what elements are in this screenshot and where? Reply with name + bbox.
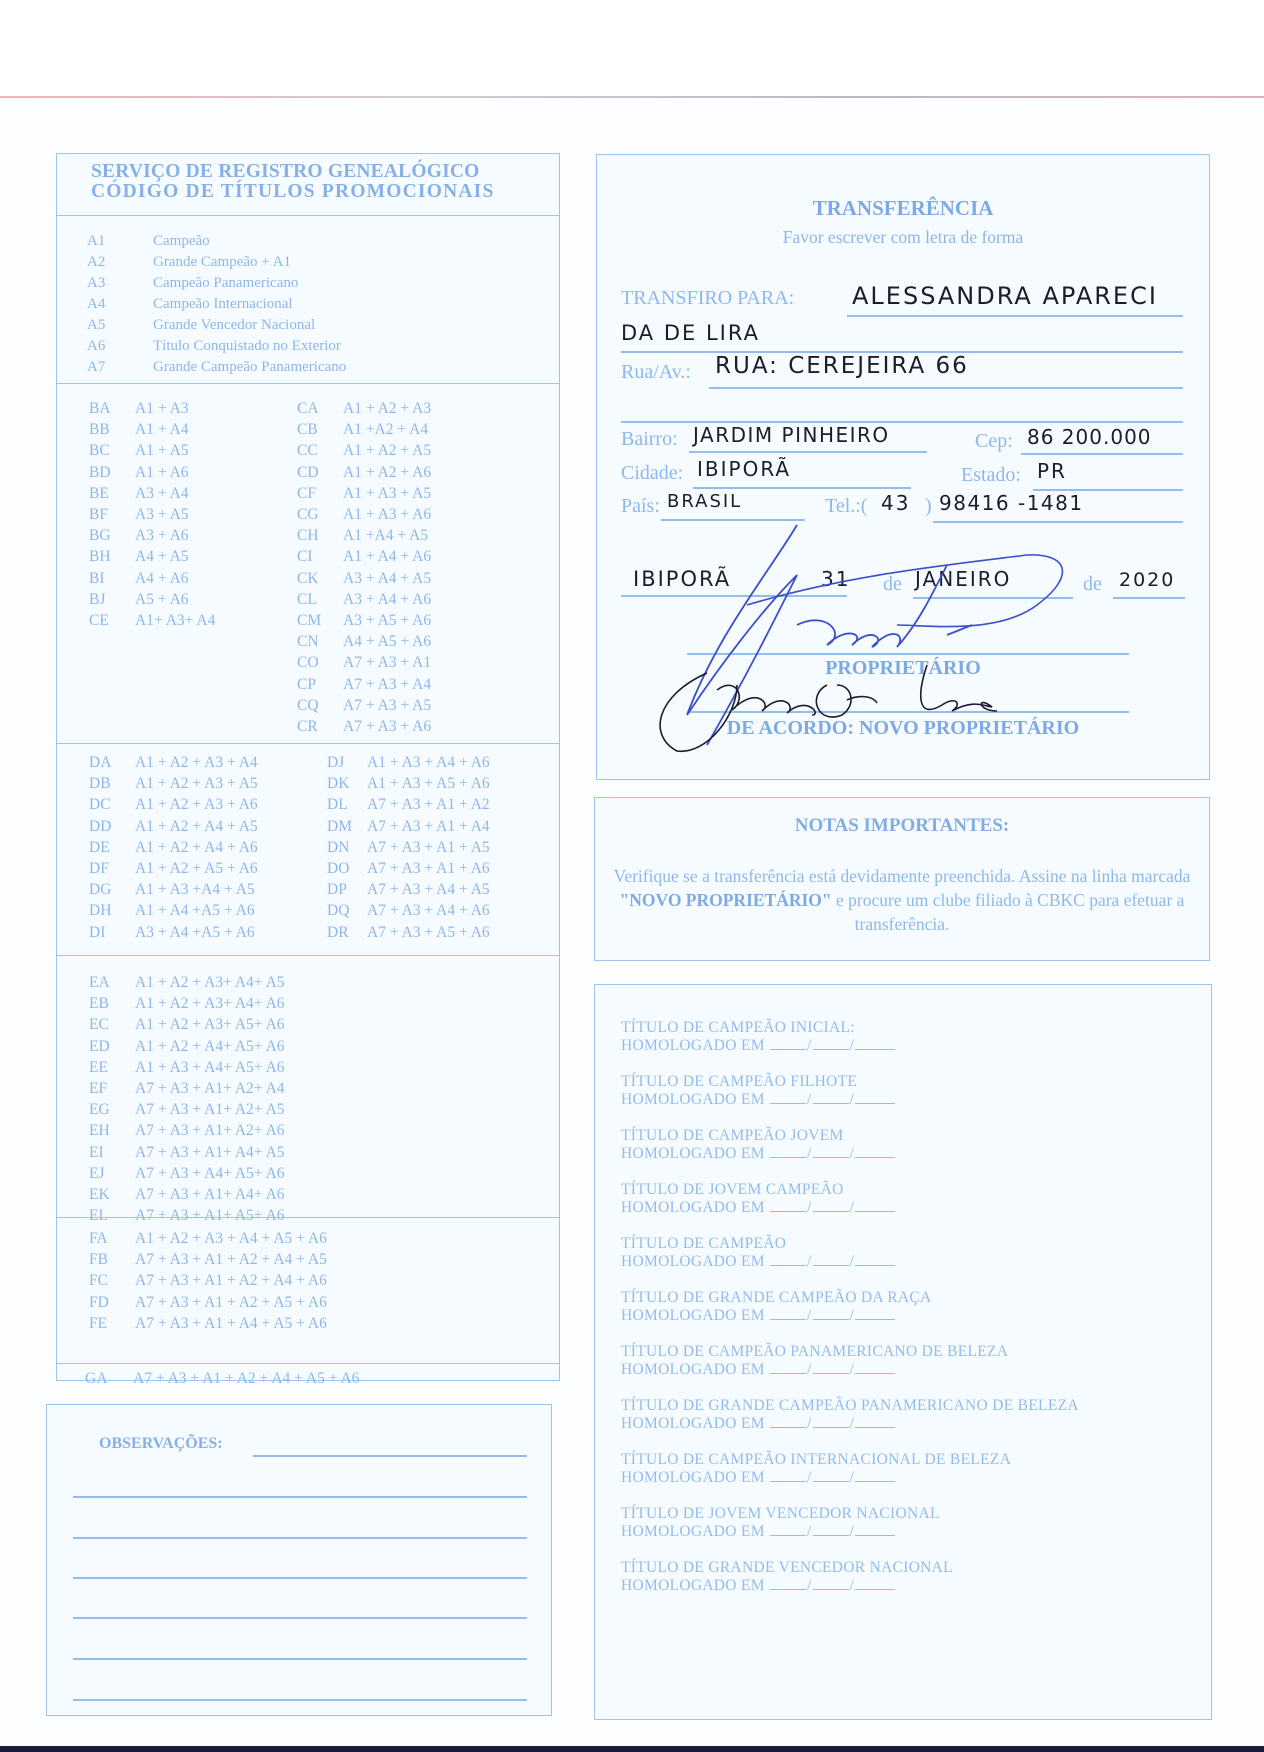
code-row: BDA1 + A6 [89,462,297,483]
code-key: FB [89,1249,135,1270]
observations-line[interactable] [253,1455,527,1457]
code-key: CI [297,546,343,567]
code-row: BHA4 + A5 [89,546,297,567]
code-combo: A1 + A2 + A4+ A5+ A6 [135,1036,285,1057]
codes-section-d: DAA1 + A2 + A3 + A4DBA1 + A2 + A3 + A5DC… [57,744,559,956]
code-combo: A1 + A2 + A4 + A5 [135,816,258,837]
code-row: DBA1 + A2 + A3 + A5 [89,773,327,794]
new-owner-signature-line[interactable] [687,711,1129,713]
code-key: A1 [87,231,153,252]
code-combo: A7 + A3 + A5 + A6 [367,922,490,943]
base-code-row: A6Título Conquistado no Exterior [87,336,559,357]
homologado-label: HOMOLOGADO EM [621,1199,765,1216]
code-key: ED [89,1036,135,1057]
code-key: FE [89,1313,135,1334]
code-key: DC [89,794,135,815]
code-row: DQA7 + A3 + A4 + A6 [327,900,490,921]
notes-text-2: e procure um clube filiado à CBKC para e… [832,890,1185,934]
code-key: BB [89,419,135,440]
month-field[interactable]: JANEIRO [915,567,1011,591]
homologado-label: HOMOLOGADO EM [621,1523,765,1540]
code-row: CLA3 + A4 + A6 [297,589,431,610]
month-underline [913,597,1073,599]
code-combo: Grande Campeão + A1 [153,252,291,273]
code-combo: Campeão Internacional [153,294,293,315]
homologation-date-field[interactable]: // [769,1523,896,1541]
code-key: DK [327,773,367,794]
code-row: EDA1 + A2 + A4+ A5+ A6 [89,1036,285,1057]
code-row: EBA1 + A2 + A3+ A4+ A6 [89,993,285,1014]
code-key: CO [297,652,343,673]
transfer-subtitle: Favor escrever com letra de forma [597,227,1209,248]
transfer-to-label: TRANSFIRO PARA: [621,287,794,310]
notes-text-bold: "NOVO PROPRIETÁRIO" [620,890,832,910]
code-combo: A1 + A3 + A5 [343,483,431,504]
observations-line[interactable] [73,1699,527,1701]
code-row: EAA1 + A2 + A3+ A4+ A5 [89,972,285,993]
code-key: DB [89,773,135,794]
code-row: CGA1 + A3 + A6 [297,504,431,525]
street-underline [709,387,1183,389]
code-key: CA [297,398,343,419]
state-label: Estado: [961,464,1021,487]
phone-area-field[interactable]: 43 [881,491,910,515]
title-name: TÍTULO DE CAMPEÃO PANAMERICANO DE BELEZA [621,1343,1008,1361]
code-combo: A1 + A3 + A4+ A5+ A6 [135,1057,285,1078]
handwritten-signatures [597,155,1211,781]
code-row: DRA7 + A3 + A5 + A6 [327,922,490,943]
homologado-label: HOMOLOGADO EM [621,1307,765,1324]
notes-body: Verifique se a transferência está devida… [605,864,1199,936]
homologation-row: HOMOLOGADO EM // [621,1253,896,1271]
code-row: EJA7 + A3 + A4+ A5+ A6 [89,1163,285,1184]
title-name: TÍTULO DE CAMPEÃO [621,1235,896,1253]
code-key: A3 [87,273,153,294]
code-row: CRA7 + A3 + A6 [297,716,431,737]
phone-field[interactable]: 98416 -1481 [939,491,1084,515]
code-key: EH [89,1120,135,1141]
code-row: BGA3 + A6 [89,525,297,546]
code-key: CD [297,462,343,483]
code-combo: A1 + A2 + A6 [343,462,431,483]
title-name: TÍTULO DE GRANDE CAMPEÃO PANAMERICANO DE… [621,1397,1079,1415]
code-combo: A1+ A3+ A4 [135,610,215,631]
code-row: EFA7 + A3 + A1+ A2+ A4 [89,1078,285,1099]
city-label: Cidade: [621,462,683,485]
code-combo: A7 + A3 + A1 + A6 [367,858,490,879]
code-key: EG [89,1099,135,1120]
code-combo: A3 + A4 [135,483,189,504]
code-combo: A4 + A5 [135,546,189,567]
code-key: GA [85,1370,133,1398]
code-row: FEA7 + A3 + A1 + A4 + A5 + A6 [89,1313,327,1334]
code-row: CIA1 + A4 + A6 [297,546,431,567]
homologado-label: HOMOLOGADO EM [621,1469,765,1486]
transfer-to-field[interactable]: ALESSANDRA APARECI [852,282,1158,310]
title-name: TÍTULO DE CAMPEÃO INTERNACIONAL DE BELEZ… [621,1451,1011,1469]
code-key: DL [327,794,367,815]
code-combo: A1 + A2 + A3 + A4 + A5 + A6 [135,1228,327,1249]
code-key: DJ [327,752,367,773]
place-field[interactable]: IBIPORÃ [633,567,731,591]
code-row: CCA1 + A2 + A5 [297,440,431,461]
codes-section-bc: BAA1 + A3BBA1 + A4BCA1 + A5BDA1 + A6BEA3… [57,384,559,744]
code-combo: A7 + A3 + A4 [343,674,431,695]
code-key: CC [297,440,343,461]
code-row: CBA1 +A2 + A4 [297,419,431,440]
year-underline [1113,597,1185,599]
code-key: CR [297,716,343,737]
code-key: FC [89,1270,135,1291]
homologation-row: HOMOLOGADO EM // [621,1199,896,1217]
code-key: EK [89,1184,135,1205]
code-row: DKA1 + A3 + A5 + A6 [327,773,490,794]
code-combo: A1 + A4 + A6 [343,546,431,567]
code-row: FAA1 + A2 + A3 + A4 + A5 + A6 [89,1228,327,1249]
phone-underline [933,521,1183,523]
title-entry: TÍTULO DE GRANDE CAMPEÃO PANAMERICANO DE… [621,1397,1079,1433]
homologation-row: HOMOLOGADO EM // [621,1145,896,1163]
observations-line[interactable] [73,1617,527,1619]
code-row: EEA1 + A3 + A4+ A5+ A6 [89,1057,285,1078]
homologation-row: HOMOLOGADO EM // [621,1037,896,1055]
base-code-row: A4Campeão Internacional [87,294,559,315]
code-row: EIA7 + A3 + A1+ A4+ A5 [89,1142,285,1163]
code-row: BFA3 + A5 [89,504,297,525]
code-key: CN [297,631,343,652]
code-key: BD [89,462,135,483]
base-code-row: A7Grande Campeão Panamericano [87,357,559,378]
code-key: DQ [327,900,367,921]
code-combo: A4 + A5 + A6 [343,631,431,652]
code-key: FA [89,1228,135,1249]
code-row: DGA1 + A3 +A4 + A5 [89,879,327,900]
code-key: CB [297,419,343,440]
homologation-date-field[interactable]: // [769,1469,896,1487]
city-underline [693,487,911,489]
code-combo: A7 + A3 + A1 + A5 [367,837,490,858]
code-key: DR [327,922,367,943]
code-key: BF [89,504,135,525]
championship-titles-box: TÍTULO DE CAMPEÃO INICIAL:HOMOLOGADO EM … [594,984,1212,1720]
code-combo: A1 + A6 [135,462,189,483]
code-combo: A1 + A2 + A5 [343,440,431,461]
code-key: CH [297,525,343,546]
code-combo: A3 + A5 + A6 [343,610,431,631]
code-combo: A7 + A3 + A1 + A2 [367,794,490,815]
phone-label: Tel.:( [825,495,867,518]
base-code-row: A1Campeão [87,231,559,252]
homologado-label: HOMOLOGADO EM [621,1253,765,1270]
cep-label: Cep: [975,430,1013,453]
code-combo: A5 + A6 [135,589,189,610]
code-key: DP [327,879,367,900]
title-entry: TÍTULO DE CAMPEÃO FILHOTEHOMOLOGADO EM /… [621,1073,896,1109]
code-combo: A3 + A4 +A5 + A6 [135,922,255,943]
code-key: DD [89,816,135,837]
state-field[interactable]: PR [1037,459,1067,483]
country-field[interactable]: BRASIL [667,491,742,512]
cep-underline [1021,453,1183,455]
code-combo: A7 + A3 + A1+ A4+ A6 [135,1184,285,1205]
code-row: CQA7 + A3 + A5 [297,695,431,716]
transfer-to-underline [847,315,1183,317]
scan-edge-bottom [0,1746,1264,1752]
code-row: DCA1 + A2 + A3 + A6 [89,794,327,815]
code-key: A4 [87,294,153,315]
homologado-label: HOMOLOGADO EM [621,1577,765,1594]
code-combo: A7 + A3 + A1 + A2 + A5 + A6 [135,1292,327,1313]
observations-line[interactable] [73,1496,527,1498]
code-key: BE [89,483,135,504]
codes-section-g: GA A7 + A3 + A1 + A2 + A4 + A5 + A6 [57,1364,559,1398]
district-field[interactable]: JARDIM PINHEIRO [693,423,890,447]
homologado-label: HOMOLOGADO EM [621,1361,765,1378]
code-combo: Grande Campeão Panamericano [153,357,346,378]
code-row: CNA4 + A5 + A6 [297,631,431,652]
homologation-date-field[interactable]: // [769,1091,896,1109]
code-key: BA [89,398,135,419]
codes-section-f: FAA1 + A2 + A3 + A4 + A5 + A6FBA7 + A3 +… [57,1218,559,1364]
title-name: TÍTULO DE GRANDE VENCEDOR NACIONAL [621,1559,953,1577]
code-combo: A3 + A5 [135,504,189,525]
code-row: DLA7 + A3 + A1 + A2 [327,794,490,815]
homologation-date-field[interactable]: // [769,1307,896,1325]
code-combo: A7 + A3 + A1+ A2+ A6 [135,1120,285,1141]
homologation-date-field[interactable]: // [769,1415,896,1433]
code-key: EF [89,1078,135,1099]
code-row: FDA7 + A3 + A1 + A2 + A5 + A6 [89,1292,327,1313]
homologation-date-field[interactable]: // [769,1037,896,1055]
code-key: BI [89,568,135,589]
new-owner-label: DE ACORDO: NOVO PROPRIETÁRIO [597,717,1209,740]
title-name: TÍTULO DE GRANDE CAMPEÃO DA RAÇA [621,1289,932,1307]
homologado-label: HOMOLOGADO EM [621,1037,765,1054]
transfer-form: TRANSFERÊNCIA Favor escrever com letra d… [596,154,1210,780]
title-name: TÍTULO DE CAMPEÃO FILHOTE [621,1073,896,1091]
year-field[interactable]: 2020 [1119,569,1175,591]
code-row: BJA5 + A6 [89,589,297,610]
code-combo: A1 + A3 + A4 + A6 [367,752,490,773]
date-de-label-1: de [883,573,902,596]
code-combo: A1 + A2 + A3+ A5+ A6 [135,1014,285,1035]
code-row: DIA3 + A4 +A5 + A6 [89,922,327,943]
title-entry: TÍTULO DE GRANDE CAMPEÃO DA RAÇAHOMOLOGA… [621,1289,932,1325]
base-code-row: A3Campeão Panamericano [87,273,559,294]
code-combo: A3 + A4 + A5 [343,568,431,589]
code-combo: A1 + A2 + A3 [343,398,431,419]
code-key: A6 [87,336,153,357]
transfer-title: TRANSFERÊNCIA [597,196,1209,221]
code-key: DH [89,900,135,921]
code-combo: A7 + A3 + A1 [343,652,431,673]
promotional-titles-code-table: SERVIÇO DE REGISTRO GENEALÓGICO CÓDIGO D… [56,153,560,1381]
code-key: DO [327,858,367,879]
code-key: DE [89,837,135,858]
code-combo: A1 + A2 + A3 + A6 [135,794,258,815]
code-key: CF [297,483,343,504]
code-key: DF [89,858,135,879]
code-row: DHA1 + A4 +A5 + A6 [89,900,327,921]
code-combo: A7 + A3 + A1 + A4 + A5 + A6 [135,1313,327,1334]
code-key: CE [89,610,135,631]
observations-line[interactable] [73,1577,527,1579]
code-combo: A7 + A3 + A1+ A2+ A5 [135,1099,285,1120]
district-label: Bairro: [621,428,678,451]
code-combo: A4 + A6 [135,568,189,589]
homologation-row: HOMOLOGADO EM // [621,1523,940,1541]
important-notes-box: NOTAS IMPORTANTES: Verifique se a transf… [594,797,1210,961]
code-row: DMA7 + A3 + A1 + A4 [327,816,490,837]
code-key: EA [89,972,135,993]
place-underline [621,595,847,597]
code-combo: Campeão Panamericano [153,273,298,294]
code-row: DNA7 + A3 + A1 + A5 [327,837,490,858]
homologation-date-field[interactable]: // [769,1199,896,1217]
code-key: DN [327,837,367,858]
street-label: Rua/Av.: [621,361,691,384]
code-combo: Título Conquistado no Exterior [153,336,341,357]
code-combo: Grande Vencedor Nacional [153,315,315,336]
code-key: A2 [87,252,153,273]
title-entry: TÍTULO DE CAMPEÃO INTERNACIONAL DE BELEZ… [621,1451,1011,1487]
code-row: DEA1 + A2 + A4 + A6 [89,837,327,858]
homologation-date-field[interactable]: // [769,1577,896,1595]
code-key: CP [297,674,343,695]
code-row: EGA7 + A3 + A1+ A2+ A5 [89,1099,285,1120]
code-combo: A7 + A3 + A1 + A4 [367,816,490,837]
day-field[interactable]: 31 [821,567,850,591]
code-combo: A1 +A4 + A5 [343,525,428,546]
code-row: BBA1 + A4 [89,419,297,440]
homologation-date-field[interactable]: // [769,1361,896,1379]
phone-paren: ) [925,495,932,518]
title-entry: TÍTULO DE CAMPEÃO JOVEMHOMOLOGADO EM // [621,1127,896,1163]
owner-signature-line[interactable] [687,653,1129,655]
code-combo: A1 + A2 + A3 + A5 [135,773,258,794]
code-key: EC [89,1014,135,1035]
base-codes-section: A1CampeãoA2Grande Campeão + A1A3Campeão … [57,216,559,384]
code-key: A5 [87,315,153,336]
owner-label: PROPRIETÁRIO [597,657,1209,680]
country-underline [661,519,805,521]
code-key: DA [89,752,135,773]
street-field[interactable]: RUA: CEREJEIRA 66 [715,353,969,379]
code-combo: A1 + A3 + A5 + A6 [367,773,490,794]
code-key: EJ [89,1163,135,1184]
code-table-title-line1: SERVIÇO DE REGISTRO GENEALÓGICO [91,162,559,182]
code-key: FD [89,1292,135,1313]
title-entry: TÍTULO DE GRANDE VENCEDOR NACIONALHOMOLO… [621,1559,953,1595]
code-combo: A1 + A2 + A3+ A4+ A5 [135,972,285,993]
city-field[interactable]: IBIPORÃ [697,457,791,481]
code-row: CHA1 +A4 + A5 [297,525,431,546]
homologado-label: HOMOLOGADO EM [621,1091,765,1108]
code-key: EI [89,1142,135,1163]
code-row: DDA1 + A2 + A4 + A5 [89,816,327,837]
observations-line[interactable] [73,1537,527,1539]
notes-text-1: Verifique se a transferência está devida… [614,866,1191,886]
transfer-to-field-line2[interactable]: DA DE LIRA [621,321,760,345]
homologado-label: HOMOLOGADO EM [621,1145,765,1162]
code-key: CM [297,610,343,631]
homologation-row: HOMOLOGADO EM // [621,1361,1008,1379]
code-table-title-line2: CÓDIGO DE TÍTULOS PROMOCIONAIS [91,182,559,202]
code-combo: A1 + A4 [135,419,189,440]
code-row: DAA1 + A2 + A3 + A4 [89,752,327,773]
code-combo: A1 + A4 +A5 + A6 [135,900,255,921]
code-row: BEA3 + A4 [89,483,297,504]
code-combo: A7 + A3 + A4 + A6 [367,900,490,921]
base-code-row: A2Grande Campeão + A1 [87,252,559,273]
code-table-header: SERVIÇO DE REGISTRO GENEALÓGICO CÓDIGO D… [57,154,559,216]
code-combo: A1 + A3 + A6 [343,504,431,525]
homologation-row: HOMOLOGADO EM // [621,1415,1079,1433]
cep-field[interactable]: 86 200.000 [1027,425,1152,449]
title-entry: TÍTULO DE CAMPEÃO PANAMERICANO DE BELEZA… [621,1343,1008,1379]
title-entry: TÍTULO DE JOVEM CAMPEÃOHOMOLOGADO EM // [621,1181,896,1217]
code-combo: Campeão [153,231,210,252]
code-row: DOA7 + A3 + A1 + A6 [327,858,490,879]
code-key: BC [89,440,135,461]
code-row: DJA1 + A3 + A4 + A6 [327,752,490,773]
code-key: CL [297,589,343,610]
notes-title: NOTAS IMPORTANTES: [595,815,1209,837]
code-combo: A3 + A4 + A6 [343,589,431,610]
code-row: CKA3 + A4 + A5 [297,568,431,589]
code-combo: A7 + A3 + A1+ A4+ A5 [135,1142,285,1163]
code-combo: A1 + A2 + A4 + A6 [135,837,258,858]
code-combo: A1 + A5 [135,440,189,461]
code-row: FBA7 + A3 + A1 + A2 + A4 + A5 [89,1249,327,1270]
code-combo: A1 + A2 + A5 + A6 [135,858,258,879]
homologation-date-field[interactable]: // [769,1253,896,1271]
country-label: País: [621,495,660,518]
code-row: CAA1 + A2 + A3 [297,398,431,419]
date-de-label-2: de [1083,573,1102,596]
code-combo: A1 +A2 + A4 [343,419,428,440]
homologado-label: HOMOLOGADO EM [621,1415,765,1432]
code-row: EKA7 + A3 + A1+ A4+ A6 [89,1184,285,1205]
title-entry: TÍTULO DE CAMPEÃO INICIAL:HOMOLOGADO EM … [621,1019,896,1055]
code-row: CDA1 + A2 + A6 [297,462,431,483]
code-combo: A7 + A3 + A6 [343,716,431,737]
code-row: CMA3 + A5 + A6 [297,610,431,631]
homologation-date-field[interactable]: // [769,1145,896,1163]
code-combo: A3 + A6 [135,525,189,546]
observations-line[interactable] [73,1658,527,1660]
code-row: CEA1+ A3+ A4 [89,610,297,631]
code-combo: A7 + A3 + A4 + A5 [367,879,490,900]
district-underline [689,451,927,453]
homologation-row: HOMOLOGADO EM // [621,1091,896,1109]
code-combo: A1 + A3 [135,398,189,419]
code-row: EHA7 + A3 + A1+ A2+ A6 [89,1120,285,1141]
title-name: TÍTULO DE CAMPEÃO JOVEM [621,1127,896,1145]
title-entry: TÍTULO DE JOVEM VENCEDOR NACIONALHOMOLOG… [621,1505,940,1541]
code-key: CQ [297,695,343,716]
code-combo: A1 + A3 +A4 + A5 [135,879,255,900]
homologation-row: HOMOLOGADO EM // [621,1577,953,1595]
code-key: BG [89,525,135,546]
code-combo: A1 + A2 + A3+ A4+ A6 [135,993,285,1014]
code-key: CG [297,504,343,525]
code-combo: A1 + A2 + A3 + A4 [135,752,258,773]
code-key: CK [297,568,343,589]
code-key: EE [89,1057,135,1078]
code-row: DFA1 + A2 + A5 + A6 [89,858,327,879]
code-row: BIA4 + A6 [89,568,297,589]
